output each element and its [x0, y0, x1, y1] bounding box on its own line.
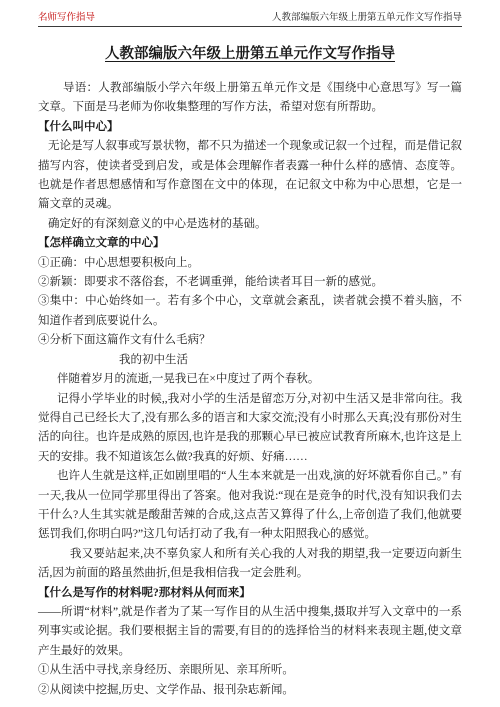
document-page: 名师写作指导 人教部编版六年级上册第五单元作文写作指导 人教部编版六年级上册第五… [0, 0, 500, 707]
header-right-label: 人教部编版六年级上册第五单元作文写作指导 [272, 12, 462, 24]
paragraph: 无论是写人叙事或写景状物，都不只为描述一个现象或记叙一个过程，而是借记叙描写内容… [38, 137, 462, 215]
list-item-paragraph: ②新颖：即要求不落俗套，不老调重弹，能给读者耳目一新的感觉。 [38, 273, 462, 292]
paragraph: 确定好的有深刻意义的中心是选材的基础。 [38, 215, 462, 234]
list-item-paragraph: ——所谓“材料”,就是作者为了某一写作目的从生活中搜集,摄取并写入文章中的一系列… [38, 603, 462, 661]
section-heading: 【怎样确立文章的中心】 [38, 234, 462, 253]
list-item-paragraph: ④分析下面这篇作文有什么毛病？ [38, 331, 462, 350]
list-item-paragraph: ①从生活中寻找,亲身经历、亲眼所见、亲耳所听。 [38, 661, 462, 680]
page-title: 人教部编版六年级上册第五单元作文写作指导 [38, 45, 462, 64]
essay-paragraph: 伴随着岁月的流逝,一晃我已在×中度过了两个春秋。 [38, 370, 462, 389]
running-header: 名师写作指导 人教部编版六年级上册第五单元作文写作指导 [38, 0, 462, 27]
essay-title: 我的初中生活 [119, 351, 462, 370]
document-body: 导语：人教部编版小学六年级上册第五单元作文是《围绕中心意思写》写一篇文章。下面是… [38, 79, 462, 700]
essay-paragraph: 我又要站起来,决不辜负家人和所有关心我的人对我的期望,我一定要迈向新生活,因为前… [38, 545, 462, 584]
essay-paragraph: 也许人生就是这样,正如剧里唱的“人生本来就是一出戏,演的好坏就看你自己。” 有一… [38, 467, 462, 545]
section-heading: 【什么是写作的材料呢?那材料从何而来】 [38, 584, 462, 603]
list-item-paragraph: ③集中：中心始终如一。若有多个中心，文章就会紊乱，读者就会摸不着头脑，不知道作者… [38, 292, 462, 331]
list-item-paragraph: ①正确：中心思想要积极向上。 [38, 254, 462, 273]
section-heading: 【什么叫中心】 [38, 118, 462, 137]
header-left-label: 名师写作指导 [38, 12, 95, 24]
intro-paragraph: 导语：人教部编版小学六年级上册第五单元作文是《围绕中心意思写》写一篇文章。下面是… [38, 79, 462, 118]
page-number: 1 [0, 684, 500, 695]
essay-paragraph: 记得小学毕业的时候,,我对小学的生活是留恋万分,对初中生活又是非常向往。我觉得自… [38, 390, 462, 468]
